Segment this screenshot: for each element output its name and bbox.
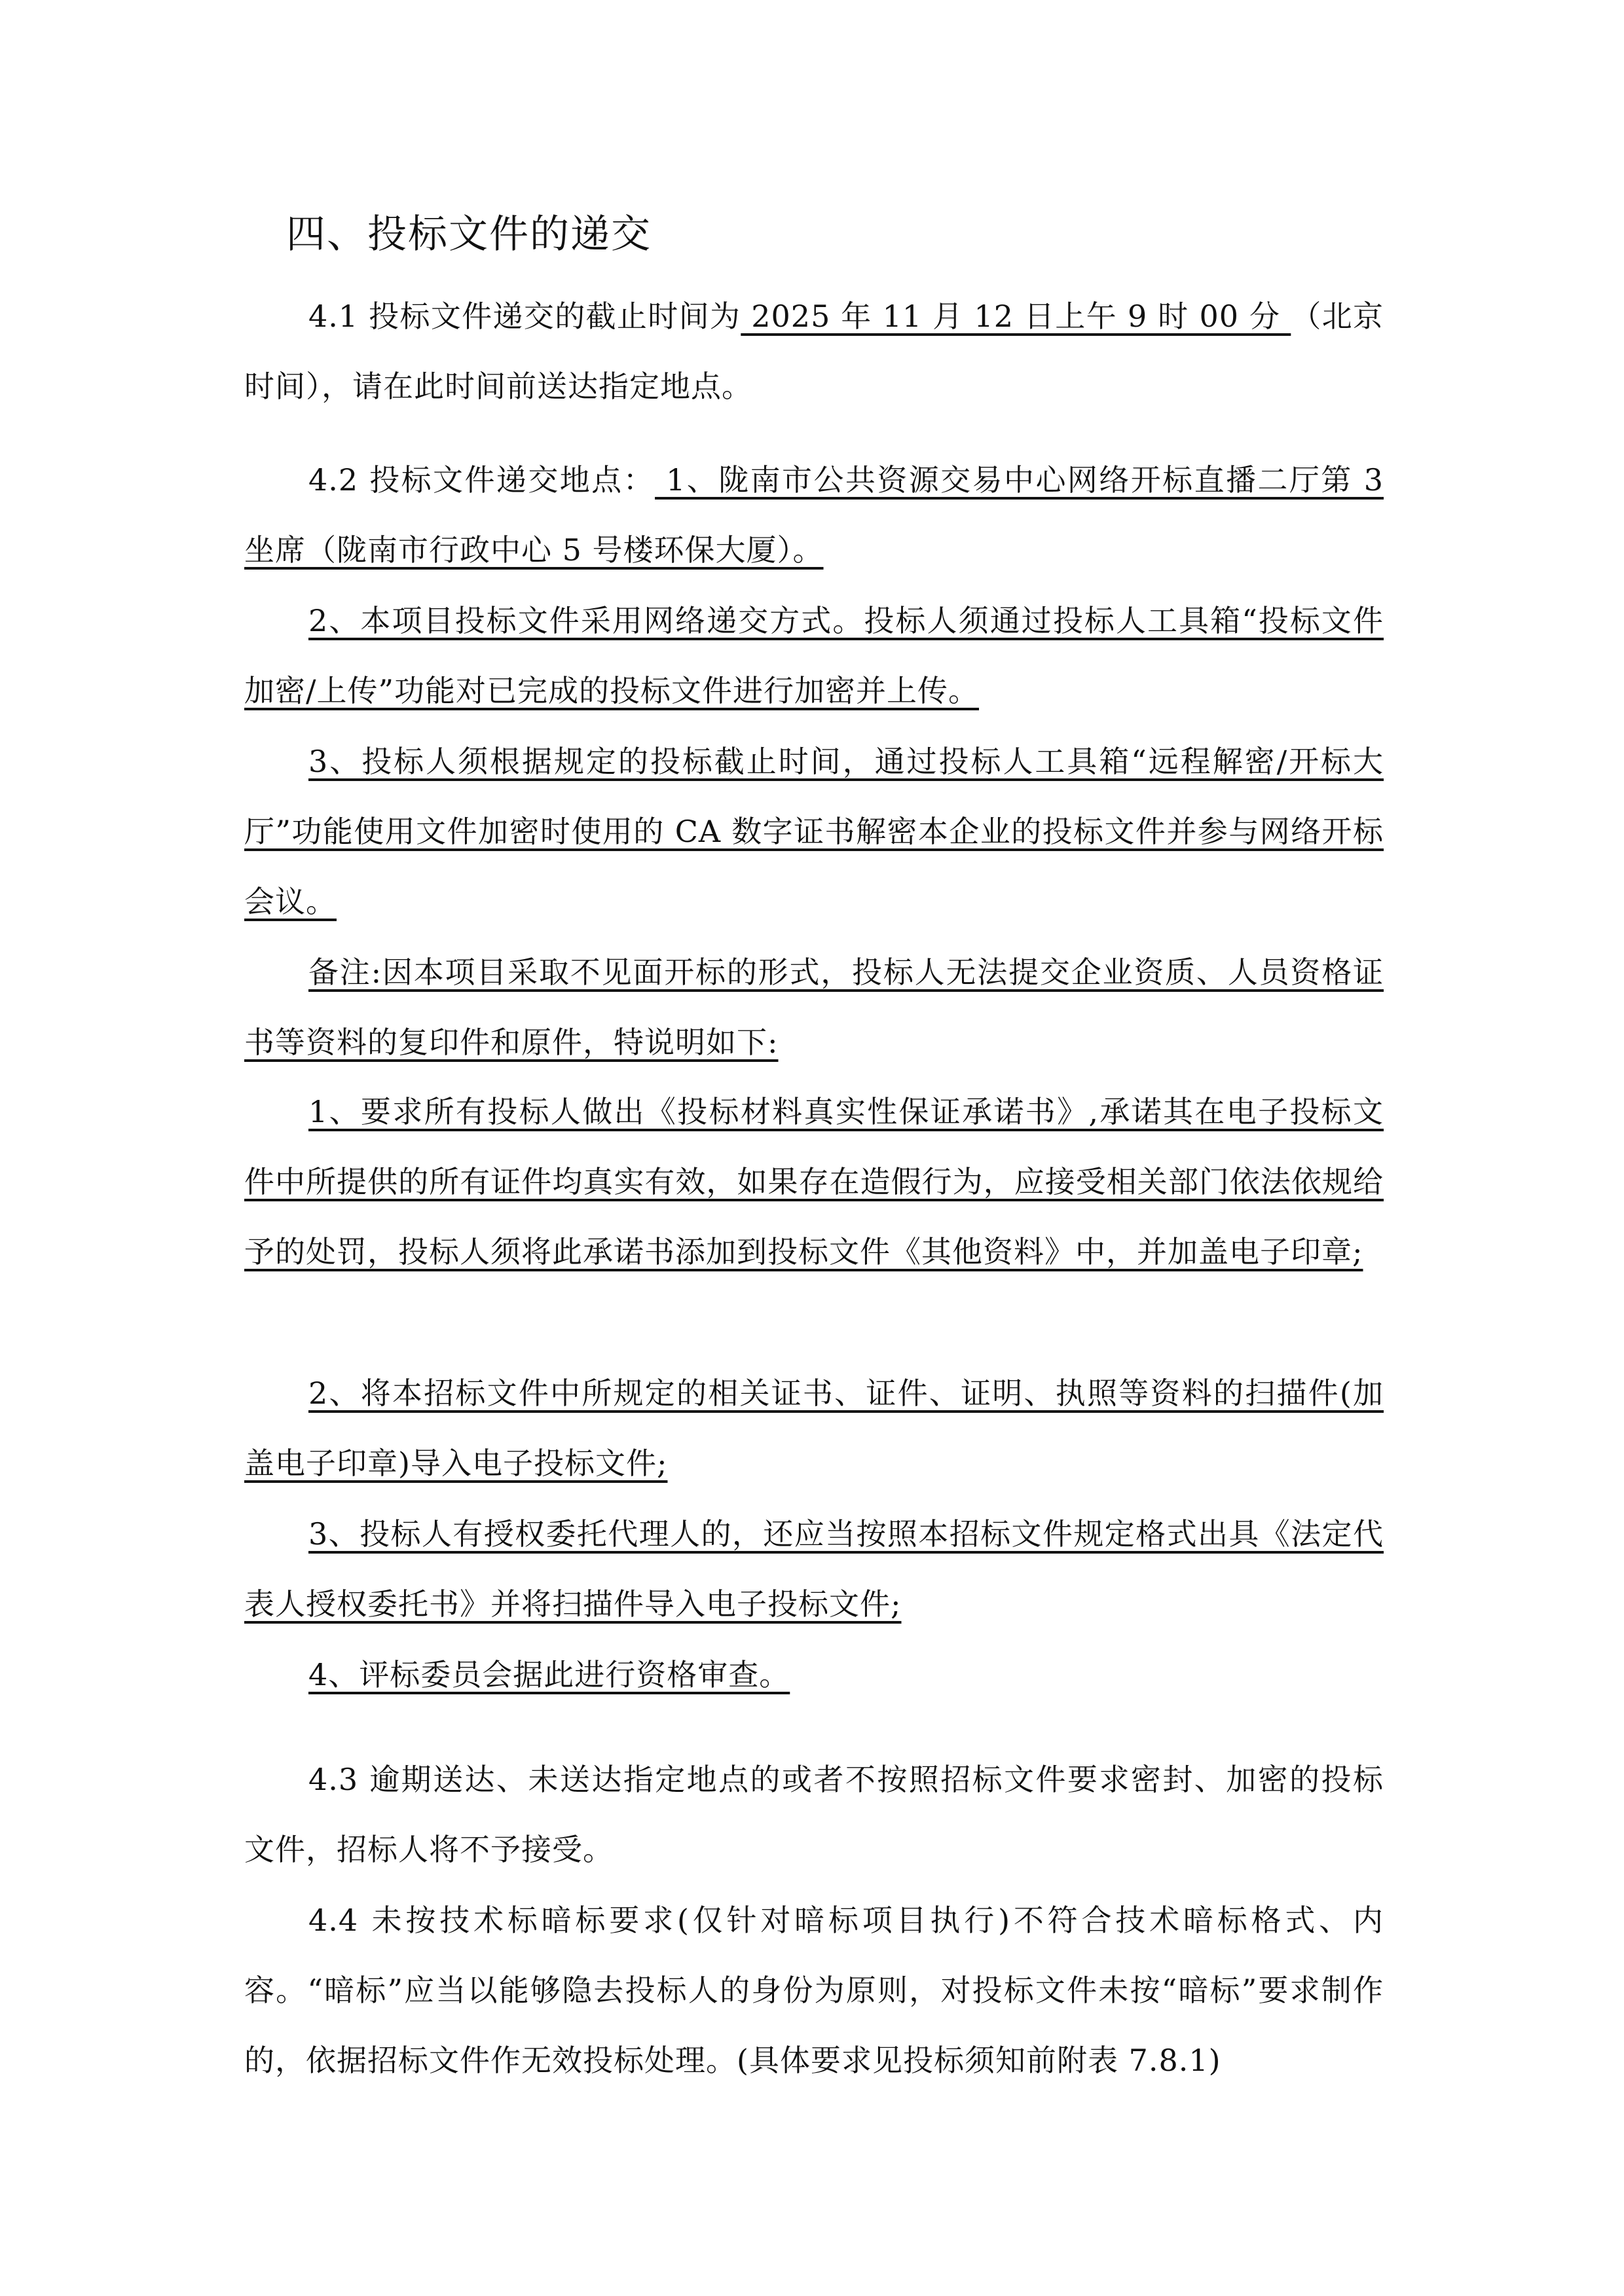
paragraph-4-2-item-3: 3、投标人须根据规定的投标截止时间，通过投标人工具箱“远程解密/开标大厅”功能使… bbox=[244, 727, 1384, 937]
note-text: 备注:因本项目采取不见面开标的形式，投标人无法提交企业资质、人员资格证书等资料的… bbox=[244, 955, 1384, 1060]
paragraph-4-4: 4.4 未按技术标暗标要求(仅针对暗标项目执行)不符合技术暗标格式、内容。“暗标… bbox=[244, 1886, 1384, 2096]
note-item-3: 3、投标人有授权委托代理人的，还应当按照本招标文件规定格式出具《法定代表人授权委… bbox=[244, 1499, 1384, 1639]
deadline-label: 4.1 投标文件递交的截止时间为 bbox=[308, 299, 741, 334]
paragraph-4-1: 4.1 投标文件递交的截止时间为 2025 年 11 月 12 日上午 9 时 … bbox=[244, 282, 1384, 422]
note-item-4-text: 4、评标委员会据此进行资格审查。 bbox=[308, 1657, 790, 1692]
note-item-2: 2、将本招标文件中所规定的相关证书、证件、证明、执照等资料的扫描件(加盖电子印章… bbox=[244, 1358, 1384, 1499]
note-item-3-text: 3、投标人有授权委托代理人的，还应当按照本招标文件规定格式出具《法定代表人授权委… bbox=[244, 1516, 1384, 1622]
decryption-text: 3、投标人须根据规定的投标截止时间，通过投标人工具箱“远程解密/开标大厅”功能使… bbox=[244, 744, 1384, 919]
paragraph-4-2-item-2: 2、本项目投标文件采用网络递交方式。投标人须通过投标人工具箱“投标文件加密/上传… bbox=[244, 586, 1384, 726]
anonymous-bid-text: 4.4 未按技术标暗标要求(仅针对暗标项目执行)不符合技术暗标格式、内容。“暗标… bbox=[244, 1903, 1384, 2078]
note-item-1: 1、要求所有投标人做出《投标材料真实性保证承诺书》,承诺其在电子投标文件中所提供… bbox=[244, 1077, 1384, 1287]
note-item-2-text: 2、将本招标文件中所规定的相关证书、证件、证明、执照等资料的扫描件(加盖电子印章… bbox=[244, 1376, 1384, 1481]
note-item-4: 4、评标委员会据此进行资格审查。 bbox=[244, 1640, 1384, 1710]
paragraph-4-3: 4.3 逾期送达、未送达指定地点的或者不按照招标文件要求密封、加密的投标文件，招… bbox=[244, 1745, 1384, 1885]
location-label: 4.2 投标文件递交地点： bbox=[308, 462, 655, 498]
paragraph-4-2: 4.2 投标文件递交地点： 1、陇南市公共资源交易中心网络开标直播二厅第 3 坐… bbox=[244, 445, 1384, 585]
note-paragraph: 备注:因本项目采取不见面开标的形式，投标人无法提交企业资质、人员资格证书等资料的… bbox=[244, 938, 1384, 1078]
late-submission-text: 4.3 逾期送达、未送达指定地点的或者不按照招标文件要求密封、加密的投标文件，招… bbox=[244, 1762, 1384, 1867]
deadline-value: 2025 年 11 月 12 日上午 9 时 00 分 bbox=[741, 299, 1291, 334]
note-item-1-text: 1、要求所有投标人做出《投标材料真实性保证承诺书》,承诺其在电子投标文件中所提供… bbox=[244, 1094, 1384, 1269]
submission-method-text: 2、本项目投标文件采用网络递交方式。投标人须通过投标人工具箱“投标文件加密/上传… bbox=[244, 603, 1384, 708]
section-heading: 四、投标文件的递交 bbox=[286, 208, 652, 261]
